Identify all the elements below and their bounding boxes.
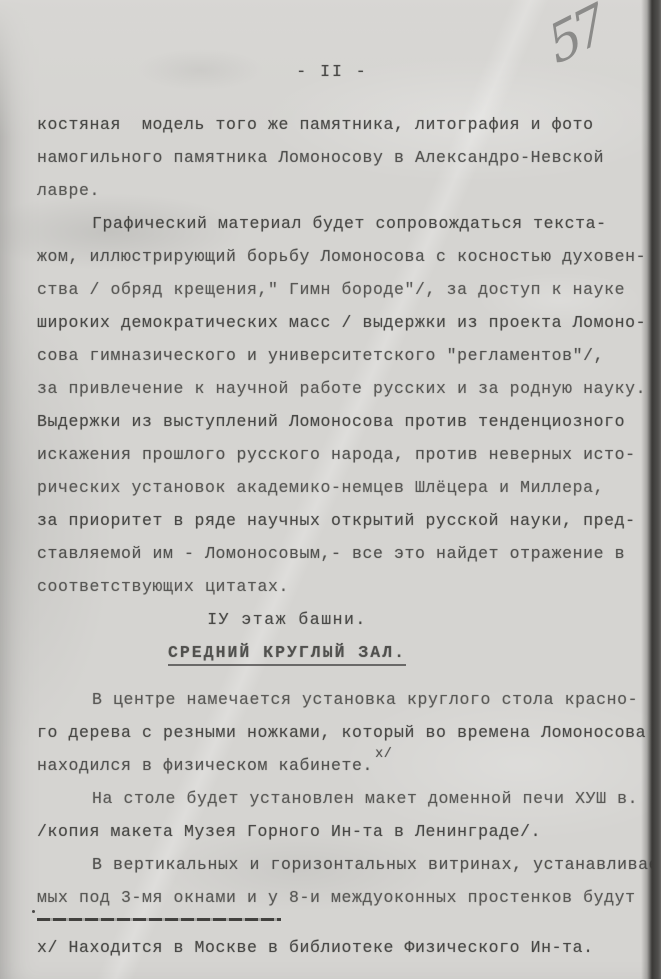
typed-line: жом, иллюстрирующий борьбу Ломоносова с … [37,240,643,273]
typed-line: мых под 3-мя окнами и у 8-и междуоконных… [37,881,643,914]
typed-line: лавре. [37,174,643,207]
typed-line: костяная модель того же памятника, литог… [37,108,643,141]
typed-line: ІУ этаж башни. [37,603,537,636]
typed-line: На столе будет установлен макет доменной… [37,782,643,815]
document-page: 57 - II - костяная модель того же памятн… [0,0,661,979]
typed-line: В центре намечается установка круглого с… [37,683,643,716]
page-number: - II - [37,55,627,88]
footnote-text: х/ Находится в Москве в библиотеке Физич… [37,931,643,964]
typed-line: за приоритет в ряде научных открытий рус… [37,504,643,537]
typed-line: искажения прошлого русского народа, прот… [37,438,643,471]
typed-line: за привлечение к научной работе русских … [37,372,643,405]
typed-line: находился в физическом кабинете.х/ [37,749,643,782]
typed-line: ставляемой им - Ломоносовым,- все это на… [37,537,643,570]
typed-body: костяная модель того же памятника, литог… [37,108,643,914]
typed-line: Выдержки из выступлений Ломоносова проти… [37,405,643,438]
typed-line: ства / обряд крещения," Гимн бороде"/, з… [37,273,643,306]
typed-line: В вертикальных и горизонтальных витринах… [37,848,643,881]
footnote-marker: х/ [375,738,392,771]
scan-edge-shadow [641,0,661,979]
text-column: - II - костяная модель того же памятника… [37,0,643,964]
footnote-divider [37,918,281,921]
typed-line: намогильного памятника Ломоносову в Алек… [37,141,643,174]
typed-line: /копия макета Музея Горного Ин-та в Лени… [37,815,643,848]
typed-line: широких демократических масс / выдержки … [37,306,643,339]
typed-line: рических установок академико-немцев Шлёц… [37,471,643,504]
typed-line: соответствующих цитатах. [37,570,643,603]
typed-line: сова гимназического и университетского "… [37,339,643,372]
typed-line: Графический материал будет сопровождатьс… [37,207,643,240]
typed-line: го дерева с резными ножками, который во … [37,716,643,749]
typed-line: СРЕДНИЙ КРУГЛЫЙ ЗАЛ. [37,636,537,669]
